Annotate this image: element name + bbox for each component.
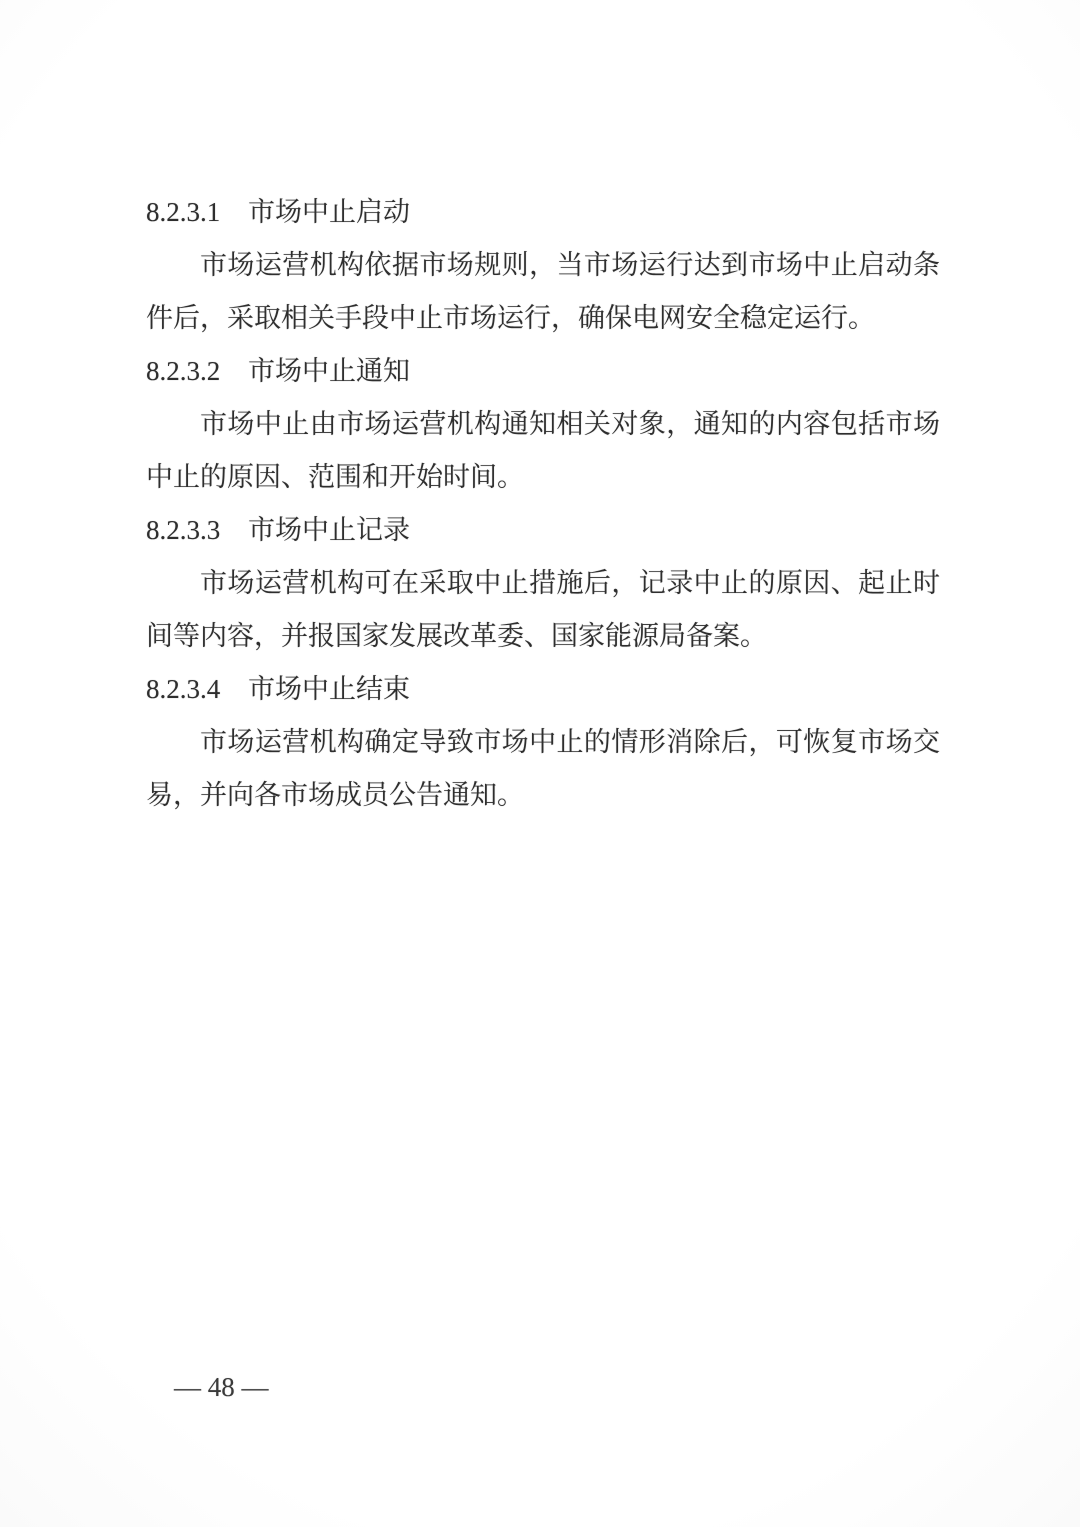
section-heading: 8.2.3.4 市场中止结束 [146, 663, 940, 716]
section-paragraph: 市场运营机构可在采取中止措施后，记录中止的原因、起止时间等内容，并报国家发展改革… [146, 557, 940, 663]
section-number: 8.2.3.4 [146, 663, 220, 716]
section-title: 市场中止结束 [248, 663, 410, 716]
section-paragraph: 市场运营机构依据市场规则，当市场运行达到市场中止启动条件后，采取相关手段中止市场… [146, 239, 940, 345]
section-number: 8.2.3.1 [146, 186, 220, 239]
section-paragraph: 市场运营机构确定导致市场中止的情形消除后，可恢复市场交易，并向各市场成员公告通知… [146, 716, 940, 822]
section-title: 市场中止通知 [248, 345, 410, 398]
section-number: 8.2.3.2 [146, 345, 220, 398]
document-page: 8.2.3.1 市场中止启动 市场运营机构依据市场规则，当市场运行达到市场中止启… [0, 0, 1080, 1527]
section-number: 8.2.3.3 [146, 504, 220, 557]
section-8-2-3-2: 8.2.3.2 市场中止通知 市场中止由市场运营机构通知相关对象，通知的内容包括… [146, 345, 940, 504]
section-heading: 8.2.3.2 市场中止通知 [146, 345, 940, 398]
section-title: 市场中止记录 [248, 504, 410, 557]
section-title: 市场中止启动 [248, 186, 410, 239]
document-content: 8.2.3.1 市场中止启动 市场运营机构依据市场规则，当市场运行达到市场中止启… [146, 186, 940, 822]
section-heading: 8.2.3.1 市场中止启动 [146, 186, 940, 239]
section-8-2-3-4: 8.2.3.4 市场中止结束 市场运营机构确定导致市场中止的情形消除后，可恢复市… [146, 663, 940, 822]
page-number: — 48 — [174, 1374, 269, 1401]
section-heading: 8.2.3.3 市场中止记录 [146, 504, 940, 557]
section-paragraph: 市场中止由市场运营机构通知相关对象，通知的内容包括市场中止的原因、范围和开始时间… [146, 398, 940, 504]
section-8-2-3-1: 8.2.3.1 市场中止启动 市场运营机构依据市场规则，当市场运行达到市场中止启… [146, 186, 940, 345]
section-8-2-3-3: 8.2.3.3 市场中止记录 市场运营机构可在采取中止措施后，记录中止的原因、起… [146, 504, 940, 663]
